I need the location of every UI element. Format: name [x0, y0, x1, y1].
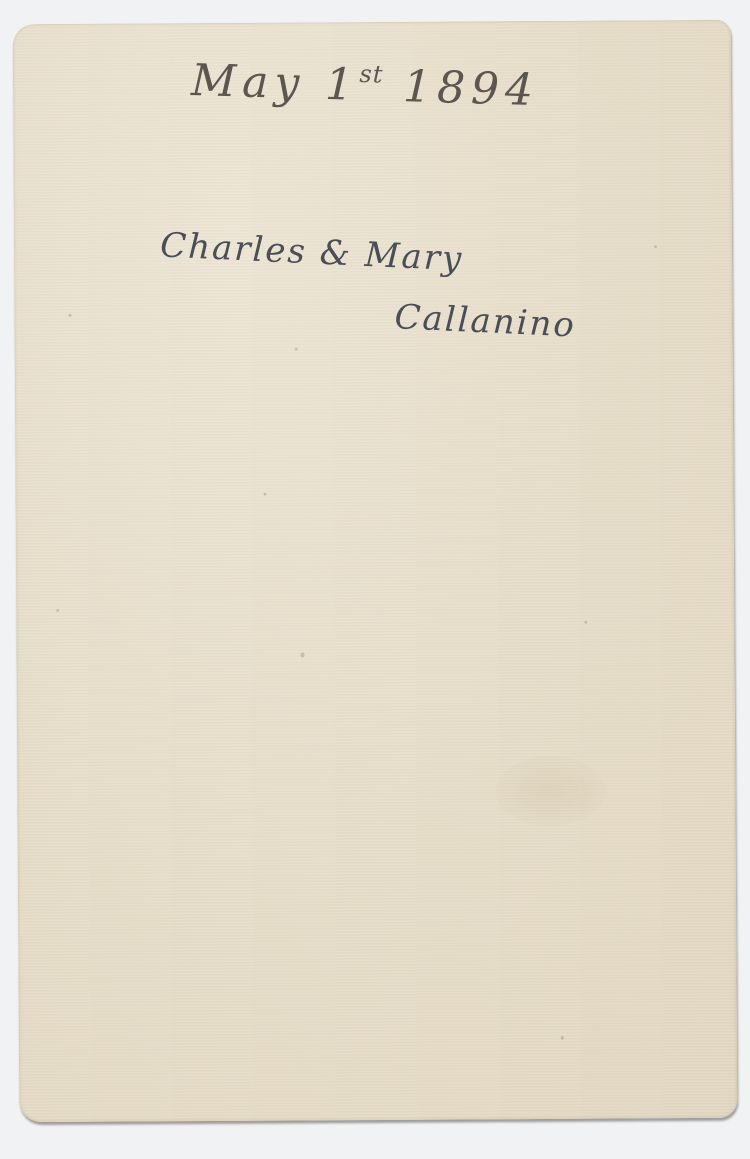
- foxing-spot: [295, 347, 298, 350]
- handwritten-date: May 1st 1894: [190, 55, 539, 116]
- date-month: May: [190, 55, 306, 109]
- foxing-spot: [68, 314, 71, 317]
- paper-stain: [495, 756, 605, 827]
- foxing-spot: [654, 245, 657, 248]
- date-day-suffix: st: [359, 60, 384, 89]
- photo-card-back: May 1st 1894 Charles & Mary Callanino: [13, 20, 738, 1122]
- foxing-spot: [561, 1036, 564, 1040]
- foxing-spot: [56, 609, 59, 612]
- foxing-spot: [264, 493, 267, 496]
- foxing-spot: [300, 652, 304, 657]
- date-year: 1894: [402, 61, 539, 116]
- foxing-spot: [584, 621, 587, 624]
- handwritten-names-line2: Callanino: [394, 297, 577, 345]
- handwritten-names-line1: Charles & Mary: [159, 225, 464, 279]
- date-day: 1: [324, 59, 359, 111]
